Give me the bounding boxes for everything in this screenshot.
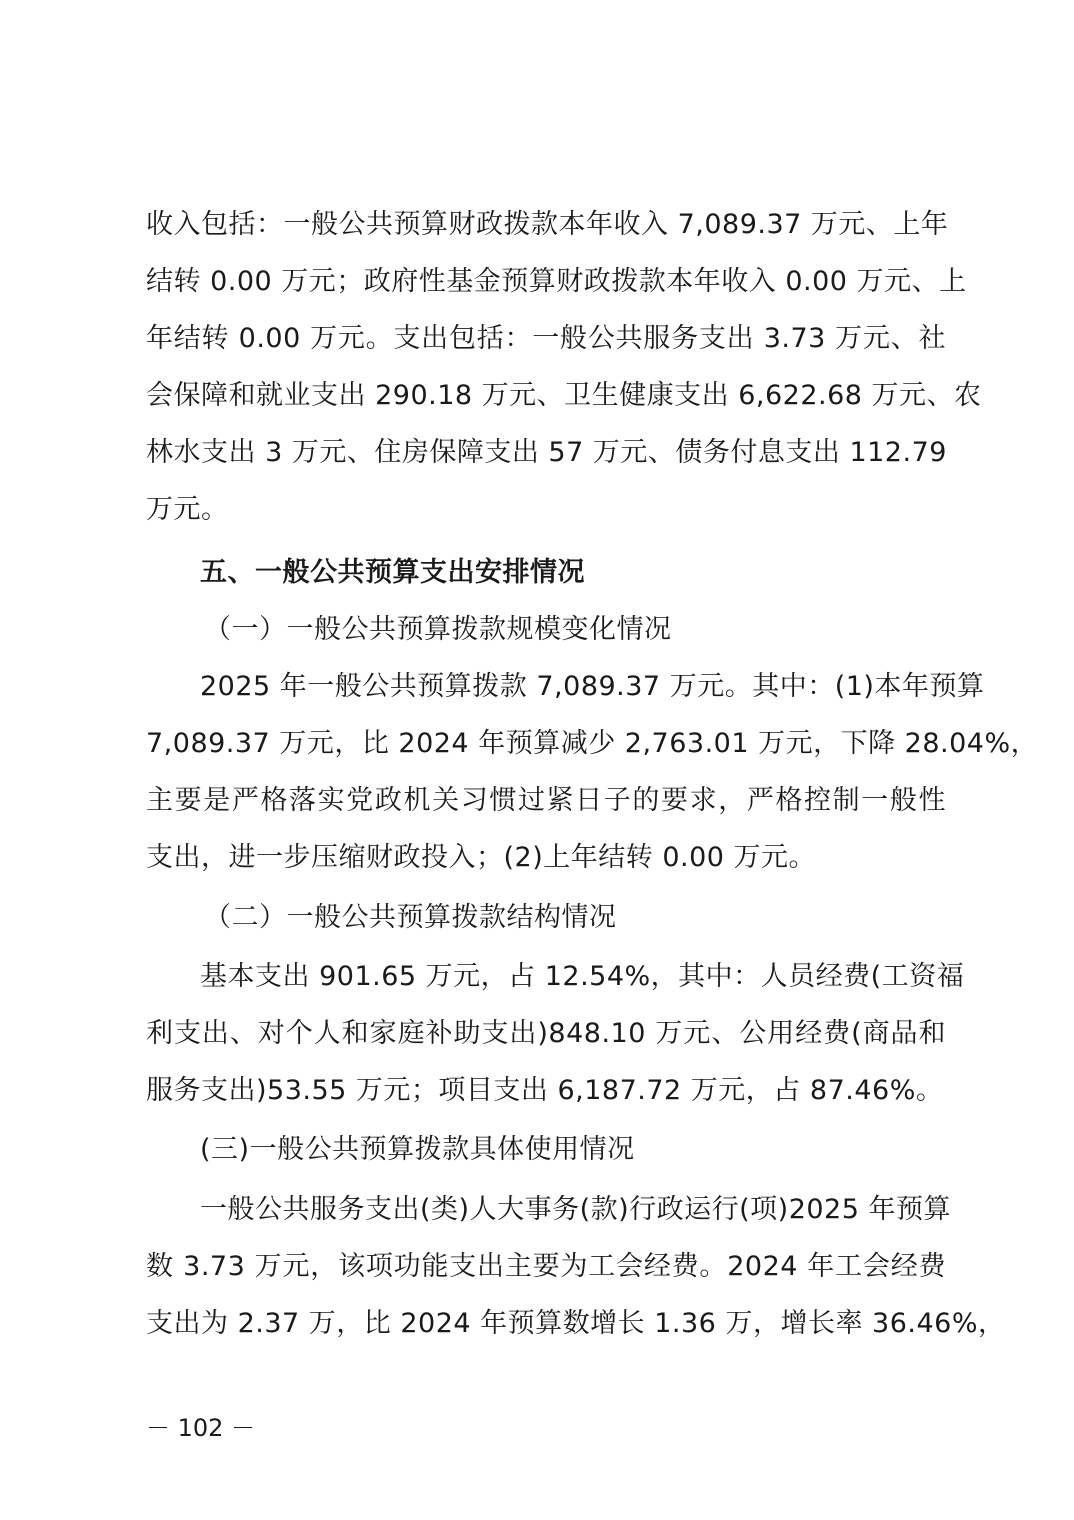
subsection-title-2: （二）一般公共预算拨款结构情况 xyxy=(204,898,1004,938)
subsection-title-1: （一）一般公共预算拨款规模变化情况 xyxy=(204,610,1004,650)
paragraph-line: 万元。 xyxy=(146,490,946,530)
paragraph-line: 服务支出)53.55 万元；项目支出 6,187.72 万元，占 87.46%。 xyxy=(146,1071,946,1111)
page-number: － 102 － xyxy=(146,1408,255,1448)
paragraph-line: 支出为 2.37 万，比 2024 年预算数增长 1.36 万，增长率 36.4… xyxy=(146,1304,946,1344)
paragraph-line: 一般公共服务支出(类)人大事务(款)行政运行(项)2025 年预算 xyxy=(200,1190,946,1230)
paragraph-line: 年结转 0.00 万元。支出包括：一般公共服务支出 3.73 万元、社 xyxy=(146,319,946,359)
section-heading: 五、一般公共预算支出安排情况 xyxy=(200,553,946,593)
paragraph-line: 数 3.73 万元，该项功能支出主要为工会经费。2024 年工会经费 xyxy=(146,1247,946,1287)
paragraph-line: 主要是严格落实党政机关习惯过紧日子的要求，严格控制一般性 xyxy=(146,781,946,821)
paragraph-line: 支出，进一步压缩财政投入；(2)上年结转 0.00 万元。 xyxy=(146,838,946,878)
paragraph-line: 2025 年一般公共预算拨款 7,089.37 万元。其中：(1)本年预算 xyxy=(200,667,946,707)
paragraph-line: 基本支出 901.65 万元，占 12.54%，其中：人员经费(工资福 xyxy=(200,957,946,997)
subsection-title-3: (三)一般公共预算拨款具体使用情况 xyxy=(200,1130,946,1170)
paragraph-line: 结转 0.00 万元；政府性基金预算财政拨款本年收入 0.00 万元、上 xyxy=(146,262,946,302)
paragraph-line: 林水支出 3 万元、住房保障支出 57 万元、债务付息支出 112.79 xyxy=(146,433,946,473)
paragraph-line: 会保障和就业支出 290.18 万元、卫生健康支出 6,622.68 万元、农 xyxy=(146,376,946,416)
document-page: 收入包括：一般公共预算财政拨款本年收入 7,089.37 万元、上年 结转 0.… xyxy=(0,0,1074,1520)
paragraph-line: 7,089.37 万元，比 2024 年预算减少 2,763.01 万元，下降 … xyxy=(146,724,946,764)
paragraph-line: 利支出、对个人和家庭补助支出)848.10 万元、公用经费(商品和 xyxy=(146,1014,946,1054)
paragraph-line: 收入包括：一般公共预算财政拨款本年收入 7,089.37 万元、上年 xyxy=(146,205,946,245)
